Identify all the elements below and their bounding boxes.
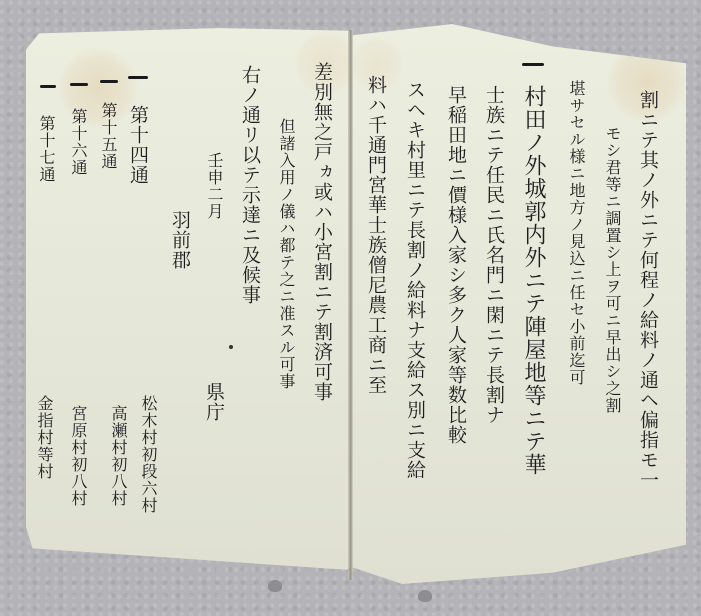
item-mark (40, 85, 56, 88)
text-column: 但諸入用ノ儀ハ都テ之ニ准スル可事 (278, 118, 294, 390)
text-column: 料ハ千通門宮華士族僧尼農工商ニ至 (366, 75, 385, 395)
village-name: 高瀬村初八村 (110, 405, 126, 507)
list-item: 第十四通 (128, 105, 147, 185)
item-mark (522, 63, 544, 66)
right-page (352, 24, 686, 584)
manuscript-photo: 割ニテ其ノ外ニテ何程ノ給料ノ通ヘ偏指モ一 モシ君等ニ調置シ上ヲ可ニ早出シ之割 堪… (0, 0, 701, 616)
text-column: 右ノ通リ以テ示達ニ及候事 (240, 65, 259, 305)
text-column: 早稲田地ニ價様入家シ多ク人家等数比較 (446, 85, 465, 445)
text-column: 士族ニテ任民ニ氏名門ニ閑ニテ長割ナ (484, 85, 503, 425)
paper-tear (268, 580, 282, 592)
paper-tear (418, 590, 432, 602)
text-column: 堪サセル様ニ地方ノ見込ニ任セ小前迄可 (568, 80, 584, 386)
list-item: 第十五通 (100, 102, 116, 170)
issuer-district: 羽前郡 (170, 210, 189, 270)
text-column: モシ君等ニ調置シ上ヲ可ニ早出シ之割 (604, 125, 620, 414)
item-mark (100, 80, 118, 83)
list-item: 第十六通 (70, 108, 86, 176)
text-column: 差別無之戸ヵ或ハ小宮割ニテ割済可事 (312, 62, 331, 402)
village-name: 金指村等村 (36, 395, 52, 480)
list-item: 第十七通 (38, 115, 54, 183)
village-name: 宮原村初八村 (70, 405, 86, 507)
item-mark (70, 83, 88, 86)
item-mark (128, 76, 148, 79)
date-column: 壬申二月 (206, 152, 222, 220)
text-column: 割ニテ其ノ外ニテ何程ノ給料ノ通ヘ偏指モ一 (638, 90, 657, 490)
village-name: 松木村初段六村 (140, 395, 156, 514)
issuer-office: 県庁 (204, 382, 223, 422)
text-column: 村田ノ外城郭内外ニテ陣屋地等ニテ華 (522, 85, 544, 476)
ink-dot (229, 345, 233, 349)
text-column: スヘキ村里ニテ長割ノ給料ナ支給ス別ニ支給 (405, 80, 424, 480)
book-gutter (348, 30, 353, 580)
